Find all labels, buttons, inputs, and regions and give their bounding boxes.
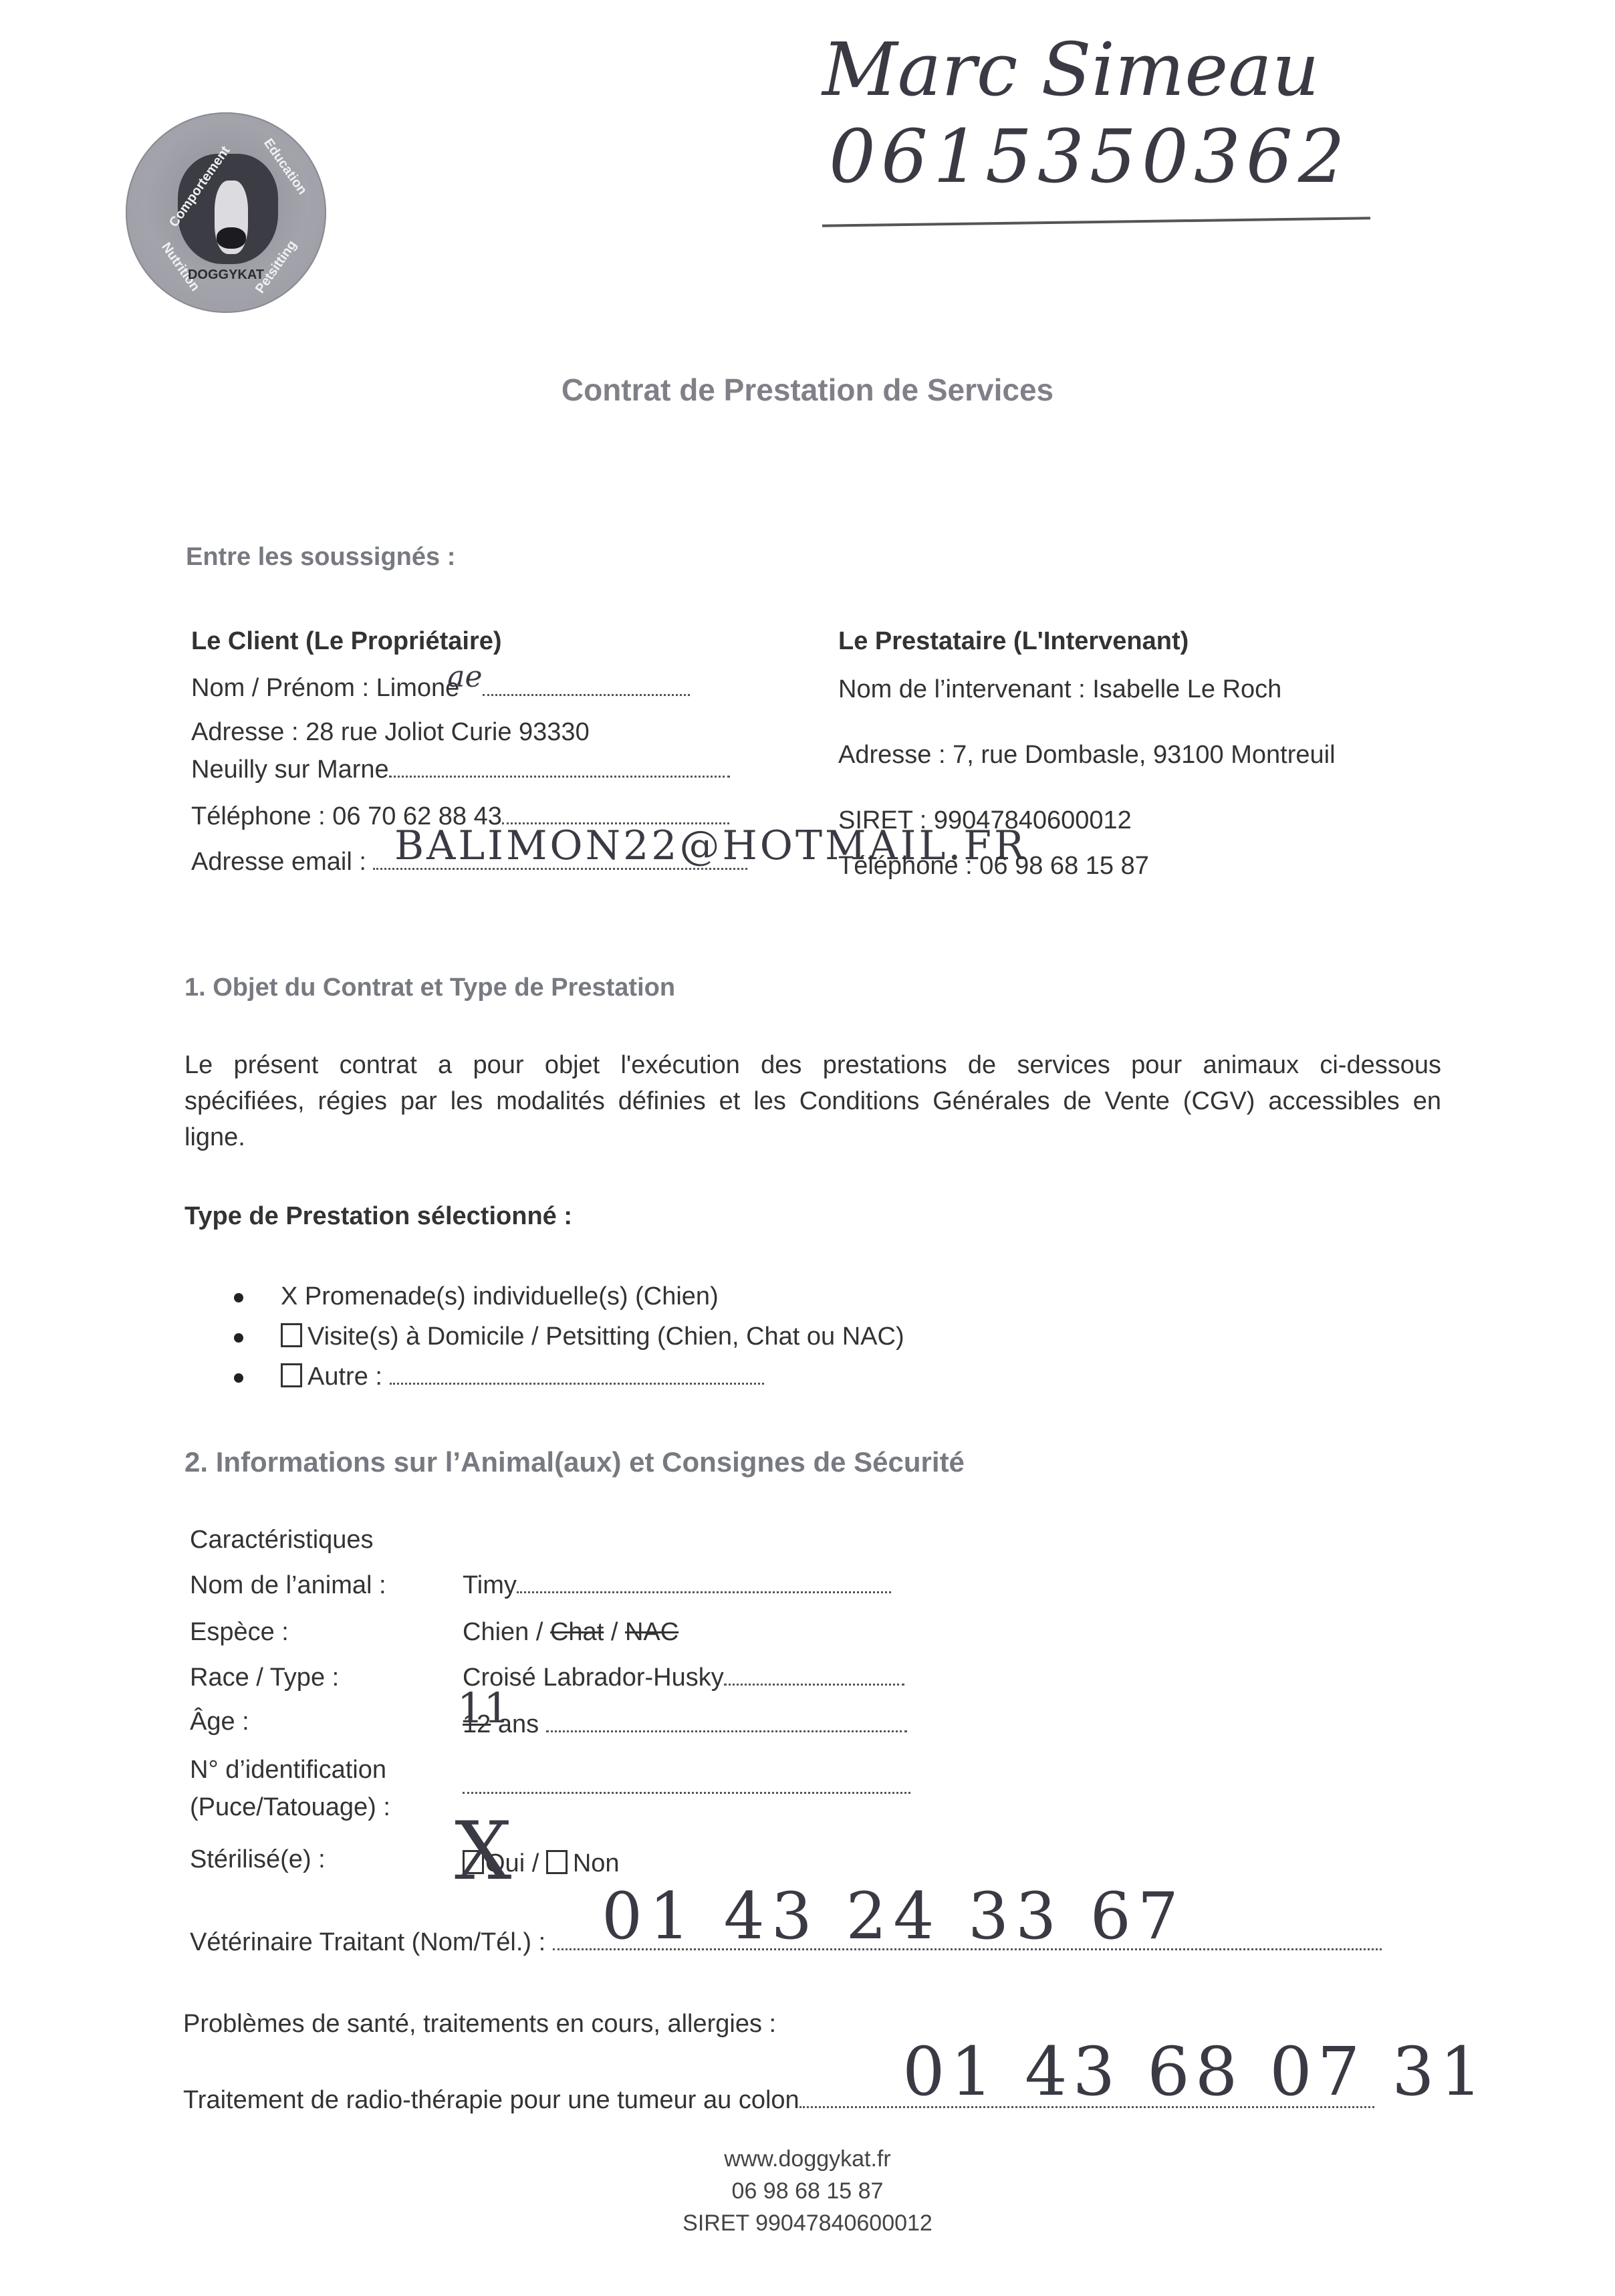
client-address-line2: Neuilly sur Marne [191,756,389,784]
section1-paragraph-line: spécifiées, régies par les modalités déf… [184,1086,1441,1117]
health-value: Traitement de radio-thérapie pour une tu… [183,2086,799,2114]
client-address-line1: 28 rue Joliot Curie 93330 [305,718,590,746]
option-autre[interactable]: Autre : [234,1361,764,1392]
species-struck: Chat [550,1618,604,1646]
client-name-label: Nom / Prénom : [191,674,369,702]
client-email-label: Adresse email : [191,848,366,876]
vet-handwritten-phone: 01 43 24 33 67 [602,1879,1185,1954]
checked-mark: X [281,1282,297,1310]
client-heading: Le Client (Le Propriétaire) [191,626,502,657]
species-label: Espèce : [190,1617,289,1647]
animal-name-row: Timy [463,1570,891,1601]
provider-address-value: 7, rue Dombasle, 93100 Montreuil [953,741,1335,769]
handwritten-name: Marc Simeau [822,27,1320,112]
fill-line [502,802,729,824]
characteristics-label: Caractéristiques [190,1524,374,1555]
footer-website[interactable]: www.doggykat.fr [0,2144,1615,2174]
option-label: Promenade(s) individuelle(s) (Chien) [305,1282,719,1310]
fill-line [390,1363,764,1385]
health-handwritten-phone: 01 43 68 07 31 [902,2033,1487,2111]
client-address-row2: Neuilly sur Marne [191,754,730,785]
option-label: Autre : [307,1363,382,1391]
provider-phone-value: 06 98 68 15 87 [979,852,1149,880]
handwritten-phone: 0615350362 [829,114,1350,199]
provider-siret-label: SIRET : [838,806,926,834]
doggykat-logo: Comportement Education Nutrition Petsitt… [126,112,326,313]
handwritten-x-mark: X [455,1812,511,1892]
checkbox-empty-icon[interactable] [546,1850,568,1874]
animal-name-value: Timy [463,1571,517,1599]
client-name-handwritten: ae [447,660,482,694]
option-promenade[interactable]: X Promenade(s) individuelle(s) (Chien) [234,1281,719,1312]
handwritten-underline [822,217,1370,227]
provider-siret-row: SIRET : 99047840600012 [838,805,1132,836]
provider-phone-row: Téléphone : 06 98 68 15 87 [838,850,1149,881]
provider-name-row: Nom de l’intervenant : Isabelle Le Roch [838,674,1281,705]
id-label-line2: (Puce/Tatouage) : [190,1792,390,1823]
logo-brand: DOGGYKAT [126,267,326,283]
fill-line [483,674,690,696]
bullet-icon [234,1333,243,1343]
bullet-icon [234,1293,243,1302]
provider-siret-value: 99047840600012 [934,806,1132,834]
species-row: Chien / Chat / NAC [463,1617,678,1647]
sterilized-no: Non [573,1849,620,1877]
section1-paragraph-line: ligne. [184,1122,245,1153]
section1-heading: 1. Objet du Contrat et Type de Prestatio… [184,972,675,1003]
vet-label: Vétérinaire Traitant (Nom/Tél.) : [190,1928,545,1956]
provider-name-value: Isabelle Le Roch [1092,675,1281,703]
breed-row: Croisé Labrador-Husky [463,1662,904,1693]
provider-phone-label: Téléphone : [838,852,973,880]
option-label: Visite(s) à Domicile / Petsitting (Chien… [307,1323,904,1351]
provider-name-label: Nom de l’intervenant : [838,675,1086,703]
health-label: Problèmes de santé, traitements en cours… [183,2008,776,2039]
species-selected: Chien [463,1618,529,1646]
provider-heading: Le Prestataire (L'Intervenant) [838,626,1189,657]
type-heading: Type de Prestation sélectionné : [184,1201,572,1232]
age-row: 12 ans [463,1709,907,1740]
fill-line [517,1571,891,1593]
section1-paragraph-line: Le présent contrat a pour objet l'exécut… [184,1050,1441,1080]
document-title: Contrat de Prestation de Services [0,372,1615,408]
breed-label: Race / Type : [190,1662,339,1693]
id-row [463,1770,910,1801]
client-address-label: Adresse : [191,718,299,746]
fill-line [389,756,730,778]
client-name-row: Nom / Prénom : Limoneae [191,671,690,703]
footer-siret: SIRET 99047840600012 [0,2208,1615,2238]
provider-address-row: Adresse : 7, rue Dombasle, 93100 Montreu… [838,739,1336,770]
provider-address-label: Adresse : [838,741,946,769]
id-label-line1: N° d’identification [190,1754,386,1785]
intro-text: Entre les soussignés : [186,542,455,572]
sterilized-label: Stérilisé(e) : [190,1844,326,1875]
bullet-icon [234,1373,243,1383]
age-label: Âge : [190,1706,249,1737]
option-visite[interactable]: Visite(s) à Domicile / Petsitting (Chien… [234,1321,904,1352]
client-address-row: Adresse : 28 rue Joliot Curie 93330 [191,717,590,748]
fill-line [724,1663,904,1686]
fill-line [463,1772,910,1794]
age-handwritten: 11 [457,1684,510,1732]
fill-line [546,1710,907,1732]
animal-name-label: Nom de l’animal : [190,1570,386,1601]
section2-heading: 2. Informations sur l’Animal(aux) et Con… [184,1447,965,1478]
checkbox-empty-icon[interactable] [281,1323,302,1347]
checkbox-empty-icon[interactable] [281,1363,302,1387]
species-struck: NAC [625,1618,678,1646]
client-phone-label: Téléphone : [191,802,326,830]
footer-phone: 06 98 68 15 87 [0,2176,1615,2206]
